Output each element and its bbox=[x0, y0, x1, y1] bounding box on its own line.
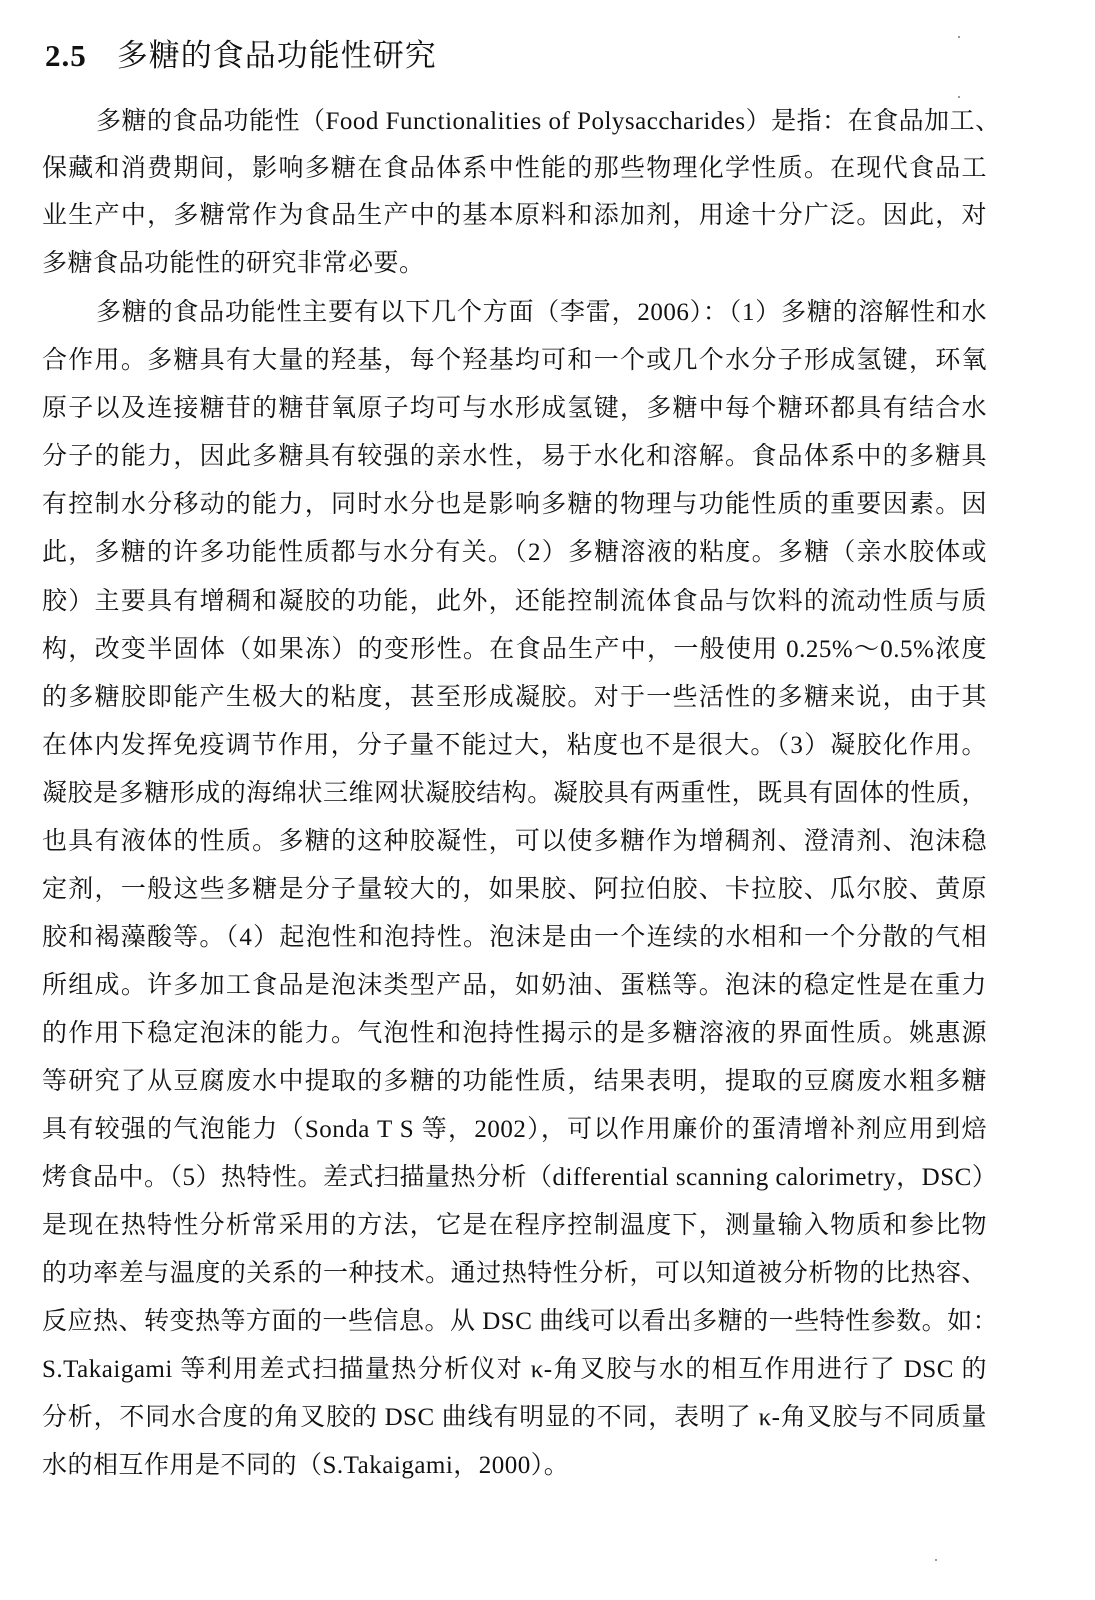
paragraph-2-line-13: 定剂，一般这些多糖是分子量较大的，如果胶、阿拉伯胶、卡拉胶、瓜尔胶、黄原 bbox=[42, 874, 987, 906]
paragraph-2-line-10: 在体内发挥免疫调节作用，分子量不能过大，粘度也不是很大。（3）凝胶化作用。 bbox=[42, 730, 987, 762]
scan-artifact bbox=[935, 1559, 937, 1561]
paragraph-2-line-2: 合作用。多糖具有大量的羟基，每个羟基均可和一个或几个水分子形成氢键，环氧 bbox=[42, 345, 987, 377]
paragraph-2-line-7: 胶）主要具有增稠和凝胶的功能，此外，还能控制流体食品与饮料的流动性质与质 bbox=[42, 586, 987, 618]
document-page: 2.5多糖的食品功能性研究 多糖的食品功能性（Food Functionalit… bbox=[0, 0, 1095, 1600]
section-title: 多糖的食品功能性研究 bbox=[117, 38, 437, 74]
paragraph-2-line-21: 的功率差与温度的关系的一种技术。通过热特性分析，可以知道被分析物的比热容、 bbox=[42, 1258, 987, 1290]
paragraph-2-line-3: 原子以及连接糖苷的糖苷氧原子均可与水形成氢键，多糖中每个糖环都具有结合水 bbox=[42, 393, 987, 425]
paragraph-2-line-23: S.Takaigami 等利用差式扫描量热分析仪对 κ-角叉胶与水的相互作用进行… bbox=[42, 1354, 987, 1386]
paragraph-2-line-18: 具有较强的气泡能力（Sonda T S 等，2002），可以作用廉价的蛋清增补剂… bbox=[42, 1114, 987, 1146]
paragraph-2-line-11: 凝胶是多糖形成的海绵状三维网状凝胶结构。凝胶具有两重性，既具有固体的性质， bbox=[42, 778, 987, 810]
section-number: 2.5 bbox=[45, 38, 87, 73]
paragraph-2-line-6: 此，多糖的许多功能性质都与水分有关。（2）多糖溶液的粘度。多糖（亲水胶体或 bbox=[42, 537, 987, 569]
scan-artifact bbox=[958, 96, 960, 98]
scan-artifact bbox=[958, 36, 960, 38]
section-heading: 2.5多糖的食品功能性研究 bbox=[45, 30, 437, 75]
paragraph-2-line-12: 也具有液体的性质。多糖的这种胶凝性，可以使多糖作为增稠剂、澄清剂、泡沫稳 bbox=[42, 826, 987, 858]
paragraph-1-line-4: 多糖食品功能性的研究非常必要。 bbox=[42, 248, 987, 280]
paragraph-2-line-4: 分子的能力，因此多糖具有较强的亲水性，易于水化和溶解。食品体系中的多糖具 bbox=[42, 441, 987, 473]
paragraph-1-line-2: 保藏和消费期间，影响多糖在食品体系中性能的那些物理化学性质。在现代食品工 bbox=[42, 153, 987, 185]
paragraph-1-line-1: 多糖的食品功能性（Food Functionalities of Polysac… bbox=[96, 106, 987, 138]
paragraph-2-line-24: 分析，不同水合度的角叉胶的 DSC 曲线有明显的不同，表明了 κ-角叉胶与不同质… bbox=[42, 1402, 987, 1434]
paragraph-2-line-1: 多糖的食品功能性主要有以下几个方面（李雷，2006）：（1）多糖的溶解性和水 bbox=[96, 297, 987, 329]
paragraph-2-line-17: 等研究了从豆腐废水中提取的多糖的功能性质，结果表明，提取的豆腐废水粗多糖 bbox=[42, 1066, 987, 1098]
paragraph-2-line-14: 胶和褐藻酸等。（4）起泡性和泡持性。泡沫是由一个连续的水相和一个分散的气相 bbox=[42, 922, 987, 954]
paragraph-2-line-8: 构，改变半固体（如果冻）的变形性。在食品生产中，一般使用 0.25%～0.5%浓… bbox=[42, 634, 987, 666]
paragraph-2-line-22: 反应热、转变热等方面的一些信息。从 DSC 曲线可以看出多糖的一些特性参数。如： bbox=[42, 1306, 987, 1338]
paragraph-2-line-20: 是现在热特性分析常采用的方法，它是在程序控制温度下，测量输入物质和参比物 bbox=[42, 1210, 987, 1242]
paragraph-2-line-15: 所组成。许多加工食品是泡沫类型产品，如奶油、蛋糕等。泡沫的稳定性是在重力 bbox=[42, 970, 987, 1002]
paragraph-2-line-16: 的作用下稳定泡沫的能力。气泡性和泡持性揭示的是多糖溶液的界面性质。姚惠源 bbox=[42, 1018, 987, 1050]
paragraph-2-line-25: 水的相互作用是不同的（S.Takaigami，2000）。 bbox=[42, 1450, 987, 1482]
paragraph-1-line-3: 业生产中，多糖常作为食品生产中的基本原料和添加剂，用途十分广泛。因此，对 bbox=[42, 200, 987, 232]
paragraph-2-line-9: 的多糖胶即能产生极大的粘度，甚至形成凝胶。对于一些活性的多糖来说，由于其 bbox=[42, 682, 987, 714]
paragraph-2-line-19: 烤食品中。（5）热特性。差式扫描量热分析（differential scanni… bbox=[42, 1162, 987, 1194]
paragraph-2-line-5: 有控制水分移动的能力，同时水分也是影响多糖的物理与功能性质的重要因素。因 bbox=[42, 489, 987, 521]
